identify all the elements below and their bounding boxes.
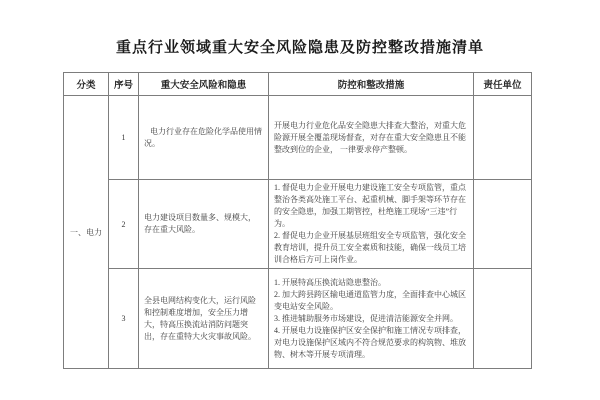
table-row: 一、电力 1 电力行业存在危险化学品使用情况。 开展电力行业危化品安全隐患大排查… [64,96,532,180]
table-row: 2 电力建设项目数量多、规模大，存在重大风险。 1. 督促电力企业开展电力建设施… [64,180,532,269]
header-cell-category: 分类 [64,73,109,96]
serial-cell: 1 [109,96,139,180]
category-cell: 一、电力 [64,96,109,369]
risk-cell: 电力建设项目数量多、规模大，存在重大风险。 [139,180,269,269]
measures-cell: 1. 督促电力企业开展电力建设施工安全专项监管，重点整治各类高处施工平台、起重机… [269,180,474,269]
unit-cell [474,180,532,269]
unit-cell [474,96,532,180]
table-header-row: 分类 序号 重大安全风险和隐患 防控和整改措施 责任单位 [64,73,532,96]
risk-cell: 电力行业存在危险化学品使用情况。 [139,96,269,180]
header-cell-risk: 重大安全风险和隐患 [139,73,269,96]
unit-cell [474,269,532,369]
risk-measures-table: 分类 序号 重大安全风险和隐患 防控和整改措施 责任单位 一、电力 1 电力行业… [63,72,532,369]
risk-cell: 全县电网结构变化大，运行风险和控制难度增加，安全压力增大，特高压换流站消防问题突… [139,269,269,369]
table-row: 3 全县电网结构变化大，运行风险和控制难度增加，安全压力增大，特高压换流站消防问… [64,269,532,369]
serial-cell: 3 [109,269,139,369]
header-cell-unit: 责任单位 [474,73,532,96]
document-title: 重点行业领域重大安全风险隐患及防控整改措施清单 [0,36,600,57]
header-cell-measures: 防控和整改措施 [269,73,474,96]
measures-cell: 开展电力行业危化品安全隐患大排查大整治，对重大危险源开展全覆盖现场督查，对存在重… [269,96,474,180]
measures-cell: 1. 开展特高压换流站隐患整治。 2. 加大跨县跨区输电通道监管力度，全面排查中… [269,269,474,369]
header-cell-no: 序号 [109,73,139,96]
serial-cell: 2 [109,180,139,269]
